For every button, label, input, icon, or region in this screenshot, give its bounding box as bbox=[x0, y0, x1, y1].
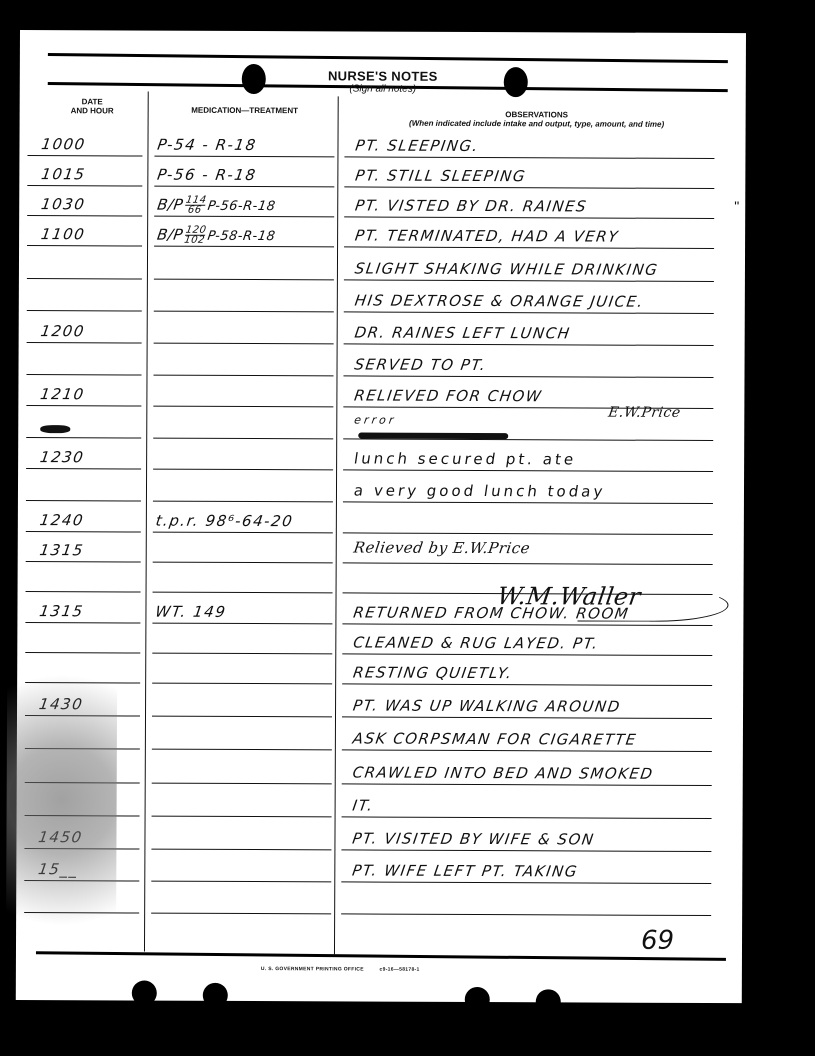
ruled-line bbox=[154, 246, 334, 248]
redacted-time bbox=[40, 425, 70, 433]
ruled-line bbox=[154, 156, 334, 158]
error-annotation: error bbox=[353, 413, 397, 426]
blood-pressure: 120102 bbox=[184, 226, 207, 245]
ruled-line bbox=[342, 683, 712, 686]
entry-medication: P-54 - R-18 bbox=[156, 136, 258, 154]
entry-time: 1000 bbox=[40, 135, 87, 153]
entry-time: 1015 bbox=[40, 165, 87, 183]
form-subtitle: (Sign all notes) bbox=[20, 82, 746, 96]
ruled-line bbox=[153, 562, 333, 564]
ruled-line bbox=[344, 311, 714, 314]
bp-diastolic: 102 bbox=[184, 236, 206, 245]
nurses-notes-form: NURSE'S NOTES (Sign all notes) DATE AND … bbox=[16, 30, 746, 1003]
ruled-line bbox=[151, 849, 331, 851]
entry-time: 1030 bbox=[40, 195, 87, 213]
ruled-line bbox=[27, 185, 142, 187]
header-observations-note: (When indicated include intake and outpu… bbox=[342, 118, 732, 129]
ruled-line bbox=[26, 468, 141, 470]
ruled-line bbox=[26, 437, 141, 439]
entry-observation: CRAWLED INTO BED AND SMOKED bbox=[351, 763, 654, 782]
margin-mark: " bbox=[734, 198, 739, 214]
entry-observation: PT. SLEEPING. bbox=[354, 136, 480, 155]
entry-observation: Relieved by E.W.Price bbox=[352, 538, 531, 557]
strikeout-entry bbox=[358, 432, 508, 439]
ruled-line bbox=[342, 749, 712, 752]
top-rule bbox=[48, 53, 728, 63]
ruled-line bbox=[25, 622, 140, 624]
footer-printer: U. S. GOVERNMENT PRINTING OFFICE bbox=[261, 966, 364, 972]
entry-medication: t.p.r. 98⁶-64-20 bbox=[155, 512, 295, 531]
entry-time: 1240 bbox=[39, 511, 86, 529]
entry-observation: ASK CORPSMAN FOR CIGARETTE bbox=[352, 729, 639, 748]
ruled-line bbox=[26, 561, 141, 563]
entry-observation: SLIGHT SHAKING WHILE DRINKING bbox=[354, 259, 660, 278]
ruled-line bbox=[154, 311, 334, 313]
ruled-line bbox=[26, 591, 141, 593]
scan-noise bbox=[6, 630, 117, 970]
ruled-line bbox=[151, 881, 331, 883]
ruled-line bbox=[341, 913, 711, 916]
punch-hole bbox=[132, 980, 157, 1005]
ruled-line bbox=[152, 816, 332, 818]
ruled-line bbox=[344, 186, 714, 189]
vitals: P-56-R-18 bbox=[206, 199, 276, 214]
entry-observation: DR. RAINES LEFT LUNCH bbox=[353, 323, 571, 342]
printing-office-footer: U. S. GOVERNMENT PRINTING OFFICE c9-16—5… bbox=[261, 966, 420, 973]
ruled-line bbox=[344, 279, 714, 282]
entry-observation: lunch secured pt. ate bbox=[353, 449, 578, 468]
entry-observation: HIS DEXTROSE & ORANGE JUICE. bbox=[354, 291, 646, 310]
entry-observation: SERVED TO PT. bbox=[353, 355, 488, 374]
ruled-line bbox=[154, 279, 334, 281]
entry-observation: PT. WIFE LEFT PT. TAKING bbox=[351, 861, 579, 880]
entries-list: 1000P-54 - R-18PT. SLEEPING.1015P-56 - R… bbox=[20, 30, 746, 33]
bp-label: B/P bbox=[156, 226, 184, 244]
entry-observation: RELIEVED FOR CHOW bbox=[353, 386, 543, 405]
ruled-line bbox=[153, 532, 333, 534]
column-divider-1 bbox=[144, 92, 149, 952]
punch-hole bbox=[203, 983, 228, 1008]
ruled-line bbox=[342, 653, 712, 656]
ruled-line bbox=[341, 881, 711, 884]
header-date-line1: DATE bbox=[40, 97, 145, 106]
ruled-line bbox=[152, 749, 332, 751]
entry-observation: a very good lunch today bbox=[353, 481, 607, 500]
entry-time: 1100 bbox=[40, 225, 87, 243]
entry-observation: RESTING QUIETLY. bbox=[352, 663, 514, 682]
entry-time: 1315 bbox=[38, 602, 85, 620]
column-header-date: DATE AND HOUR bbox=[40, 97, 145, 115]
ruled-line bbox=[344, 156, 714, 159]
ruled-line bbox=[154, 186, 334, 188]
column-header-medication: MEDICATION—TREATMENT bbox=[150, 106, 340, 116]
ruled-line bbox=[342, 623, 712, 626]
header-date-line2: AND HOUR bbox=[40, 106, 145, 115]
entry-medication: P-56 - R-18 bbox=[156, 166, 258, 184]
ruled-line bbox=[27, 215, 142, 217]
ruled-line bbox=[152, 716, 332, 718]
ruled-line bbox=[341, 849, 711, 852]
ruled-line bbox=[154, 216, 334, 218]
entry-observation: IT. bbox=[351, 796, 375, 814]
ruled-line bbox=[154, 343, 334, 345]
ruled-line bbox=[153, 592, 333, 594]
ruled-line bbox=[26, 500, 141, 502]
ruled-line bbox=[342, 716, 712, 719]
ruled-line bbox=[26, 374, 141, 376]
ruled-line bbox=[153, 501, 333, 503]
ruled-line bbox=[344, 216, 714, 219]
form-number: c9-16—58178-1 bbox=[380, 967, 420, 973]
bottom-rule bbox=[36, 951, 726, 961]
entry-observation: PT. TERMINATED, HAD A VERY bbox=[354, 226, 620, 245]
entry-medication: B/P120102P-58-R-18 bbox=[156, 226, 277, 246]
entry-time: 1210 bbox=[39, 385, 86, 403]
ruled-line bbox=[343, 501, 713, 504]
entry-medication: WT. 149 bbox=[154, 603, 227, 621]
ruled-line bbox=[27, 310, 142, 312]
ruled-lines bbox=[20, 30, 746, 33]
ruled-line bbox=[26, 531, 141, 533]
entry-time: 1315 bbox=[38, 541, 85, 559]
ruled-line bbox=[27, 245, 142, 247]
ruled-line bbox=[27, 278, 142, 280]
entry-observation: PT. STILL SLEEPING bbox=[354, 166, 527, 185]
punch-hole bbox=[465, 987, 490, 1012]
ruled-line bbox=[151, 913, 331, 915]
ruled-line bbox=[152, 653, 332, 655]
page-number: 69 bbox=[641, 926, 674, 956]
signature-flourish bbox=[577, 587, 728, 622]
vitals: P-58-R-18 bbox=[206, 229, 276, 244]
ruled-line bbox=[344, 343, 714, 346]
entry-medication: B/P11466P-56-R-18 bbox=[156, 196, 277, 216]
ruled-line bbox=[153, 375, 333, 377]
column-divider-2 bbox=[334, 96, 339, 954]
ruled-line bbox=[153, 438, 333, 440]
ruled-line bbox=[153, 469, 333, 471]
ruled-line bbox=[344, 246, 714, 249]
entry-observation: PT. WAS UP WALKING AROUND bbox=[352, 696, 622, 715]
ruled-line bbox=[27, 155, 142, 157]
ruled-line bbox=[343, 532, 713, 535]
ruled-line bbox=[342, 816, 712, 819]
punch-hole bbox=[536, 989, 561, 1014]
ruled-line bbox=[342, 783, 712, 786]
ruled-line bbox=[343, 562, 713, 565]
ruled-line bbox=[26, 405, 141, 407]
signature-eprice-1: E.W.Price bbox=[607, 405, 682, 421]
ruled-line bbox=[153, 406, 333, 408]
bp-label: B/P bbox=[156, 196, 184, 214]
ruled-line bbox=[152, 683, 332, 685]
ruled-line bbox=[152, 623, 332, 625]
ruled-line bbox=[27, 342, 142, 344]
entry-observation: PT. VISTED BY DR. RAINES bbox=[354, 196, 589, 215]
bp-diastolic: 66 bbox=[184, 206, 206, 215]
entry-observation: PT. VISITED BY WIFE & SON bbox=[351, 829, 596, 848]
ruled-line bbox=[343, 375, 713, 378]
column-header-observations: OBSERVATIONS (When indicated include int… bbox=[342, 109, 732, 129]
entry-time: 1230 bbox=[39, 448, 86, 466]
ruled-line bbox=[343, 469, 713, 472]
blood-pressure: 11466 bbox=[184, 196, 207, 215]
ruled-line bbox=[152, 783, 332, 785]
entry-observation: CLEANED & RUG LAYED. PT. bbox=[352, 633, 600, 652]
entry-time: 1200 bbox=[39, 322, 86, 340]
ruled-line bbox=[343, 438, 713, 441]
